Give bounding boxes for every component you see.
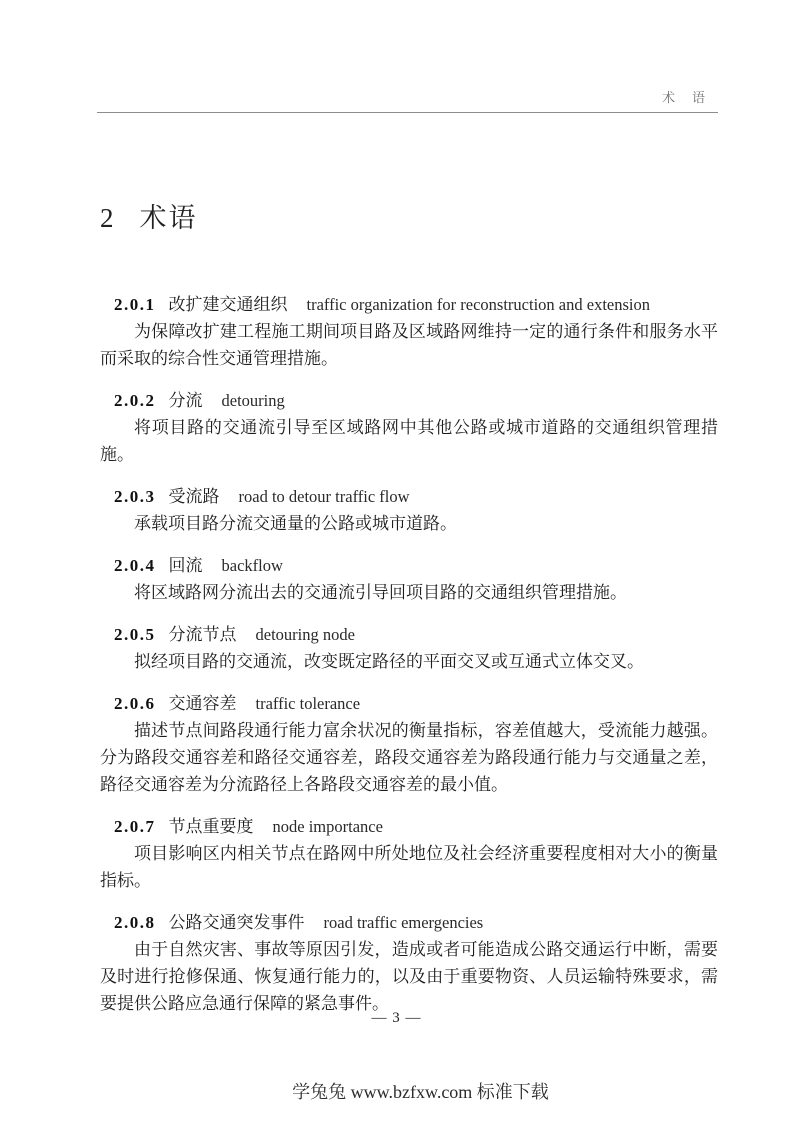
page-number: — 3 — xyxy=(0,1010,793,1027)
term-definition: 为保障改扩建工程施工期间项目路及区域路网维持一定的通行条件和服务水平而采取的综合… xyxy=(100,318,718,372)
term-number: 2.0.2 xyxy=(114,391,156,410)
term-chinese: 回流 xyxy=(169,556,203,575)
term-definition: 描述节点间路段通行能力富余状况的衡量指标，容差值越大，受流能力越强。分为路段交通… xyxy=(100,717,718,798)
term-entry: 2.0.7节点重要度node importance 项目影响区内相关节点在路网中… xyxy=(100,813,718,894)
term-english: backflow xyxy=(222,556,283,575)
term-number: 2.0.1 xyxy=(114,295,156,314)
term-entry: 2.0.6交通容差traffic tolerance 描述节点间路段通行能力富余… xyxy=(100,690,718,798)
header-rule xyxy=(97,112,718,113)
term-definition: 将区域路网分流出去的交通流引导回项目路的交通组织管理措施。 xyxy=(100,579,718,606)
term-heading: 2.0.3受流路road to detour traffic flow xyxy=(100,483,718,510)
page-header: 术 语 xyxy=(662,87,707,106)
term-definition: 拟经项目路的交通流，改变既定路径的平面交叉或互通式立体交叉。 xyxy=(100,648,718,675)
term-heading: 2.0.4回流backflow xyxy=(100,552,718,579)
term-definition: 项目影响区内相关节点在路网中所处地位及社会经济重要程度相对大小的衡量指标。 xyxy=(100,840,718,894)
term-definition: 承载项目路分流交通量的公路或城市道路。 xyxy=(100,510,718,537)
term-english: detouring node xyxy=(256,625,355,644)
chapter-title: 2术语 xyxy=(100,196,198,235)
chapter-name: 术语 xyxy=(140,203,198,233)
term-number: 2.0.5 xyxy=(114,625,156,644)
term-english: road traffic emergencies xyxy=(324,913,484,932)
term-entry: 2.0.5分流节点detouring node 拟经项目路的交通流，改变既定路径… xyxy=(100,621,718,675)
term-definition: 将项目路的交通流引导至区域路网中其他公路或城市道路的交通组织管理措施。 xyxy=(100,414,718,468)
term-chinese: 交通容差 xyxy=(169,694,237,713)
term-chinese: 节点重要度 xyxy=(169,817,254,836)
running-title: 术 语 xyxy=(662,90,707,105)
term-number: 2.0.7 xyxy=(114,817,156,836)
term-chinese: 受流路 xyxy=(169,487,220,506)
term-chinese: 改扩建交通组织 xyxy=(169,295,288,314)
term-heading: 2.0.5分流节点detouring node xyxy=(100,621,718,648)
watermark: 学兔兔 www.bzfxw.com 标准下载 xyxy=(0,1078,793,1104)
term-definition: 由于自然灾害、事故等原因引发，造成或者可能造成公路交通运行中断，需要及时进行抢修… xyxy=(100,936,718,1017)
term-heading: 2.0.8公路交通突发事件road traffic emergencies xyxy=(100,909,718,936)
term-entry: 2.0.4回流backflow 将区域路网分流出去的交通流引导回项目路的交通组织… xyxy=(100,552,718,606)
document-page: 术 语 2术语 2.0.1改扩建交通组织traffic organization… xyxy=(0,0,793,1122)
term-entry: 2.0.3受流路road to detour traffic flow 承载项目… xyxy=(100,483,718,537)
term-heading: 2.0.1改扩建交通组织traffic organization for rec… xyxy=(100,291,718,318)
term-english: traffic tolerance xyxy=(256,694,361,713)
term-heading: 2.0.6交通容差traffic tolerance xyxy=(100,690,718,717)
term-number: 2.0.8 xyxy=(114,913,156,932)
term-number: 2.0.3 xyxy=(114,487,156,506)
term-entry: 2.0.2分流detouring 将项目路的交通流引导至区域路网中其他公路或城市… xyxy=(100,387,718,468)
term-english: road to detour traffic flow xyxy=(239,487,410,506)
term-heading: 2.0.7节点重要度node importance xyxy=(100,813,718,840)
term-number: 2.0.6 xyxy=(114,694,156,713)
term-english: traffic organization for reconstruction … xyxy=(307,295,650,314)
term-heading: 2.0.2分流detouring xyxy=(100,387,718,414)
term-chinese: 公路交通突发事件 xyxy=(169,913,305,932)
terms-list: 2.0.1改扩建交通组织traffic organization for rec… xyxy=(100,291,718,1032)
term-entry: 2.0.8公路交通突发事件road traffic emergencies 由于… xyxy=(100,909,718,1017)
term-english: node importance xyxy=(273,817,383,836)
chapter-number: 2 xyxy=(100,203,114,233)
term-chinese: 分流 xyxy=(169,391,203,410)
term-entry: 2.0.1改扩建交通组织traffic organization for rec… xyxy=(100,291,718,372)
term-english: detouring xyxy=(222,391,285,410)
term-chinese: 分流节点 xyxy=(169,625,237,644)
term-number: 2.0.4 xyxy=(114,556,156,575)
